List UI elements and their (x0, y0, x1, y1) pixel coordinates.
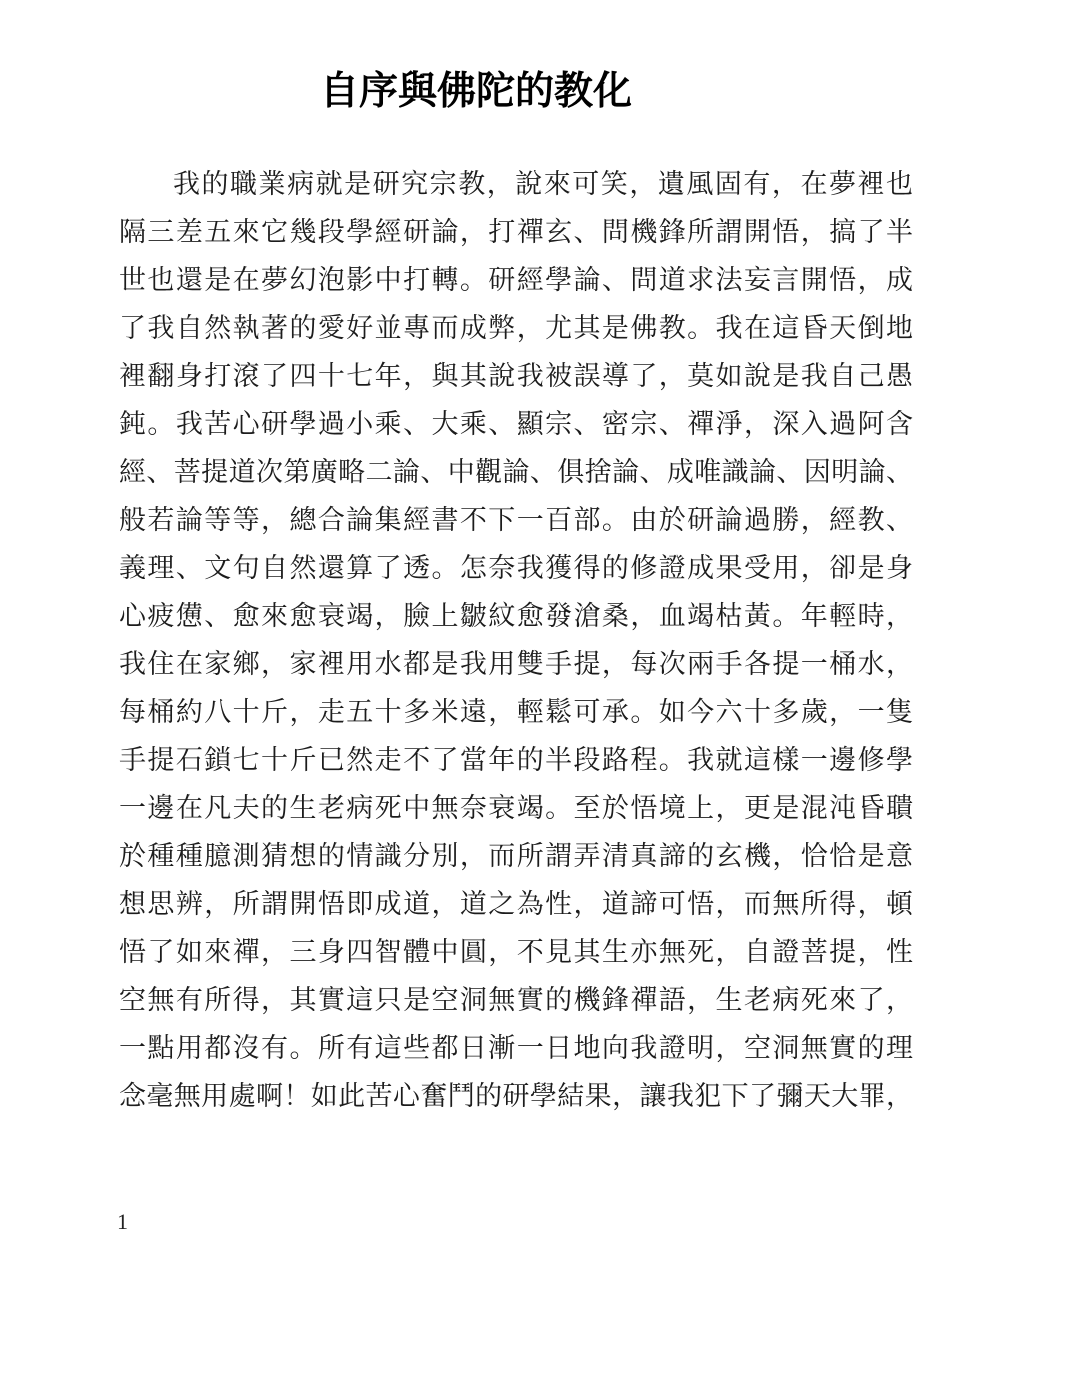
text-line: 心疲憊、愈來愈衰竭，臉上皺紋愈發滄桑，血竭枯黃。年輕時， (119, 592, 913, 640)
text-line: 經、菩提道次第廣略二論、中觀論、俱捨論、成唯識論、因明論、 (119, 448, 913, 496)
document-page: 自序與佛陀的教化 我的職業病就是研究宗教，說來可笑，遺風固有，在夢裡也隔三差五來… (0, 0, 1080, 1397)
text-line: 每桶約八十斤，走五十多米遠，輕鬆可承。如今六十多歲，一隻 (119, 688, 913, 736)
text-line: 一點用都沒有。所有這些都日漸一日地向我證明，空洞無實的理 (119, 1024, 913, 1072)
text-line: 般若論等等，總合論集經書不下一百部。由於研論過勝，經教、 (119, 496, 913, 544)
text-line: 一邊在凡夫的生老病死中無奈衰竭。至於悟境上，更是混沌昏聵 (119, 784, 913, 832)
text-line: 義理、文句自然還算了透。怎奈我獲得的修證成果受用，卻是身 (119, 544, 913, 592)
text-line: 隔三差五來它幾段學經研論，打禪玄、問機鋒所謂開悟，搞了半 (119, 208, 913, 256)
text-line: 世也還是在夢幻泡影中打轉。研經學論、問道求法妄言開悟，成 (119, 256, 913, 304)
text-line: 了我自然執著的愛好並專而成弊，尤其是佛教。我在這昏天倒地 (119, 304, 913, 352)
page-title: 自序與佛陀的教化 (0, 68, 952, 116)
text-line: 想思辨，所謂開悟即成道，道之為性，道諦可悟，而無所得，頓 (119, 880, 913, 928)
text-line: 鈍。我苦心研學過小乘、大乘、顯宗、密宗、禪淨，深入過阿含 (119, 400, 913, 448)
text-line: 悟了如來禪，三身四智體中圓，不見其生亦無死，自證菩提，性 (119, 928, 913, 976)
text-line: 我住在家鄉，家裡用水都是我用雙手提，每次兩手各提一桶水， (119, 640, 913, 688)
text-line: 裡翻身打滾了四十七年，與其說我被誤導了，莫如說是我自己愚 (119, 352, 913, 400)
text-line: 手提石鎖七十斤已然走不了當年的半段路程。我就這樣一邊修學 (119, 736, 913, 784)
page-number: 1 (117, 1208, 128, 1236)
text-line: 念毫無用處啊！如此苦心奮鬥的研學結果，讓我犯下了彌天大罪， (119, 1072, 913, 1120)
paragraph: 我的職業病就是研究宗教，說來可笑，遺風固有，在夢裡也隔三差五來它幾段學經研論，打… (119, 160, 913, 1120)
text-line: 於種種臆測猜想的情識分別，而所謂弄清真諦的玄機，恰恰是意 (119, 832, 913, 880)
text-line: 我的職業病就是研究宗教，說來可笑，遺風固有，在夢裡也 (119, 160, 913, 208)
text-line: 空無有所得，其實這只是空洞無實的機鋒禪語，生老病死來了， (119, 976, 913, 1024)
